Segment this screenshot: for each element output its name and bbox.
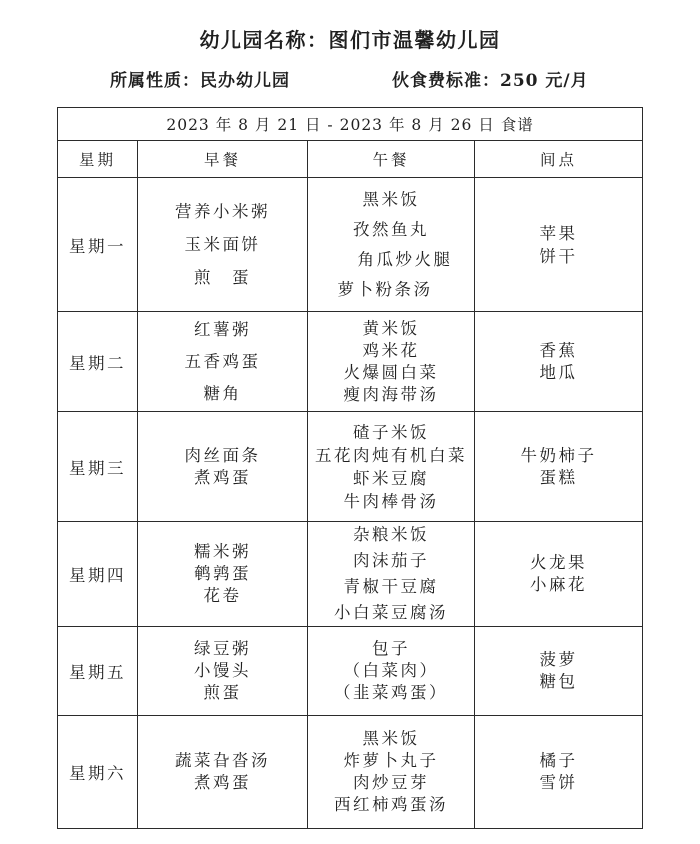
menu-item: 牛肉棒骨汤 — [308, 490, 474, 513]
menu-item: 黑米饭 — [308, 185, 474, 215]
cell-friday-lunch: 包子 （白菜肉） （韭菜鸡蛋） — [308, 627, 475, 716]
menu-table: 2023 年 8 月 21 日 - 2023 年 8 月 26 日 食谱 星期 … — [57, 107, 643, 829]
header-snack: 间点 — [475, 141, 643, 178]
menu-item: 鹌鹑蛋 — [138, 563, 307, 585]
menu-item: 炸萝卜丸子 — [308, 750, 474, 772]
cell-wednesday-snack: 牛奶柿子 蛋糕 — [475, 412, 643, 522]
menu-item: 煎蛋 — [138, 682, 307, 704]
menu-item: 黑米饭 — [308, 728, 474, 750]
cell-saturday-lunch: 黑米饭 炸萝卜丸子 肉炒豆芽 西红柿鸡蛋汤 — [308, 716, 475, 829]
table-row-thursday: 星期四 糯米粥 鹌鹑蛋 花卷 杂粮米饭 肉沫茄子 青椒干豆腐 小白菜豆腐汤 火龙 — [58, 522, 643, 627]
menu-item: 五花肉炖有机白菜 — [308, 444, 474, 467]
cell-tuesday-lunch: 黄米饭 鸡米花 火爆圆白菜 瘦肉海带汤 — [308, 312, 475, 412]
menu-item: 肉沫茄子 — [308, 548, 474, 574]
table-row-friday: 星期五 绿豆粥 小馒头 煎蛋 包子 （白菜肉） （韭菜鸡蛋） 菠萝 糖包 — [58, 627, 643, 716]
cell-tuesday-breakfast: 红薯粥 五香鸡蛋 糖角 — [138, 312, 308, 412]
menu-item: 黄米饭 — [308, 318, 474, 340]
menu-item: 营养小米粥 — [138, 195, 307, 228]
menu-item: 煎 蛋 — [138, 261, 307, 294]
table-row-monday: 星期一 营养小米粥 玉米面饼 煎 蛋 黑米饭 孜然鱼丸 角瓜炒火腿 萝卜粉条汤 — [58, 178, 643, 312]
cell-thursday-lunch: 杂粮米饭 肉沫茄子 青椒干豆腐 小白菜豆腐汤 — [308, 522, 475, 627]
menu-item: 小麻花 — [475, 574, 642, 596]
menu-item: （韭菜鸡蛋） — [308, 682, 474, 704]
menu-item: 小白菜豆腐汤 — [308, 600, 474, 626]
cell-friday-snack: 菠萝 糖包 — [475, 627, 643, 716]
kindergarten-name-title: 幼儿园名称：图们市温馨幼儿园 — [0, 24, 700, 53]
menu-item: 角瓜炒火腿 — [322, 245, 475, 275]
menu-item: 孜然鱼丸 — [308, 215, 474, 245]
table-row-saturday: 星期六 蔬菜旮沓汤 煮鸡蛋 黑米饭 炸萝卜丸子 肉炒豆芽 西红柿鸡蛋汤 橘子 雪 — [58, 716, 643, 829]
menu-item: 肉炒豆芽 — [308, 772, 474, 794]
ownership-label: 所属性质：民办幼儿园 — [110, 66, 290, 91]
menu-item: 火爆圆白菜 — [308, 362, 474, 384]
menu-item: 牛奶柿子 — [475, 445, 642, 467]
cell-monday-lunch: 黑米饭 孜然鱼丸 角瓜炒火腿 萝卜粉条汤 — [308, 178, 475, 312]
menu-item: 萝卜粉条汤 — [308, 275, 469, 305]
menu-item: 雪饼 — [475, 772, 642, 794]
menu-item: 鸡米花 — [308, 340, 474, 362]
menu-item: 糯米粥 — [138, 541, 307, 563]
cell-friday-day: 星期五 — [58, 627, 138, 716]
menu-item: 煮鸡蛋 — [138, 467, 307, 489]
menu-item: 苹果 — [475, 222, 642, 245]
header-day: 星期 — [58, 141, 138, 178]
table-row-wednesday: 星期三 肉丝面条 煮鸡蛋 碴子米饭 五花肉炖有机白菜 虾米豆腐 牛肉棒骨汤 牛奶… — [58, 412, 643, 522]
cell-tuesday-snack: 香蕉 地瓜 — [475, 312, 643, 412]
cell-wednesday-day: 星期三 — [58, 412, 138, 522]
menu-item: 煮鸡蛋 — [138, 772, 307, 794]
menu-item: 肉丝面条 — [138, 445, 307, 467]
table-caption-row: 2023 年 8 月 21 日 - 2023 年 8 月 26 日 食谱 — [58, 108, 643, 141]
cell-saturday-snack: 橘子 雪饼 — [475, 716, 643, 829]
menu-item: 蛋糕 — [475, 467, 642, 489]
menu-item: （白菜肉） — [308, 660, 474, 682]
menu-item: 地瓜 — [475, 362, 642, 384]
menu-item: 五香鸡蛋 — [138, 346, 307, 378]
menu-item: 虾米豆腐 — [308, 467, 474, 490]
meal-fee-label: 伙食费标准：250 元/月 — [392, 66, 589, 91]
menu-item: 杂粮米饭 — [308, 522, 474, 548]
menu-item: 火龙果 — [475, 552, 642, 574]
table-row-tuesday: 星期二 红薯粥 五香鸡蛋 糖角 黄米饭 鸡米花 火爆圆白菜 瘦肉海带汤 香蕉 — [58, 312, 643, 412]
table-header-row: 星期 早餐 午餐 间点 — [58, 141, 643, 178]
cell-saturday-breakfast: 蔬菜旮沓汤 煮鸡蛋 — [138, 716, 308, 829]
table-caption: 2023 年 8 月 21 日 - 2023 年 8 月 26 日 食谱 — [58, 108, 643, 141]
cell-monday-breakfast: 营养小米粥 玉米面饼 煎 蛋 — [138, 178, 308, 312]
document-page: 幼儿园名称：图们市温馨幼儿园 所属性质：民办幼儿园 伙食费标准：250 元/月 … — [0, 0, 700, 844]
header-lunch: 午餐 — [308, 141, 475, 178]
cell-thursday-day: 星期四 — [58, 522, 138, 627]
menu-item: 糖角 — [138, 378, 307, 410]
menu-item: 青椒干豆腐 — [308, 574, 474, 600]
menu-item: 饼干 — [475, 245, 642, 268]
cell-wednesday-lunch: 碴子米饭 五花肉炖有机白菜 虾米豆腐 牛肉棒骨汤 — [308, 412, 475, 522]
menu-item: 红薯粥 — [138, 314, 307, 346]
cell-monday-snack: 苹果 饼干 — [475, 178, 643, 312]
menu-item: 瘦肉海带汤 — [308, 384, 474, 406]
menu-item: 小馒头 — [138, 660, 307, 682]
menu-item: 糖包 — [475, 671, 642, 693]
menu-item: 玉米面饼 — [138, 228, 307, 261]
menu-item: 绿豆粥 — [138, 638, 307, 660]
cell-thursday-breakfast: 糯米粥 鹌鹑蛋 花卷 — [138, 522, 308, 627]
cell-wednesday-breakfast: 肉丝面条 煮鸡蛋 — [138, 412, 308, 522]
menu-item: 橘子 — [475, 750, 642, 772]
cell-friday-breakfast: 绿豆粥 小馒头 煎蛋 — [138, 627, 308, 716]
cell-tuesday-day: 星期二 — [58, 312, 138, 412]
cell-monday-day: 星期一 — [58, 178, 138, 312]
subtitle-row: 所属性质：民办幼儿园 伙食费标准：250 元/月 — [0, 66, 700, 88]
cell-thursday-snack: 火龙果 小麻花 — [475, 522, 643, 627]
menu-item: 包子 — [308, 638, 474, 660]
menu-item: 蔬菜旮沓汤 — [138, 750, 307, 772]
menu-item: 碴子米饭 — [308, 421, 474, 444]
menu-item: 香蕉 — [475, 340, 642, 362]
cell-saturday-day: 星期六 — [58, 716, 138, 829]
menu-item: 菠萝 — [475, 649, 642, 671]
header-breakfast: 早餐 — [138, 141, 308, 178]
menu-item: 西红柿鸡蛋汤 — [308, 794, 474, 816]
menu-item: 花卷 — [138, 585, 307, 607]
